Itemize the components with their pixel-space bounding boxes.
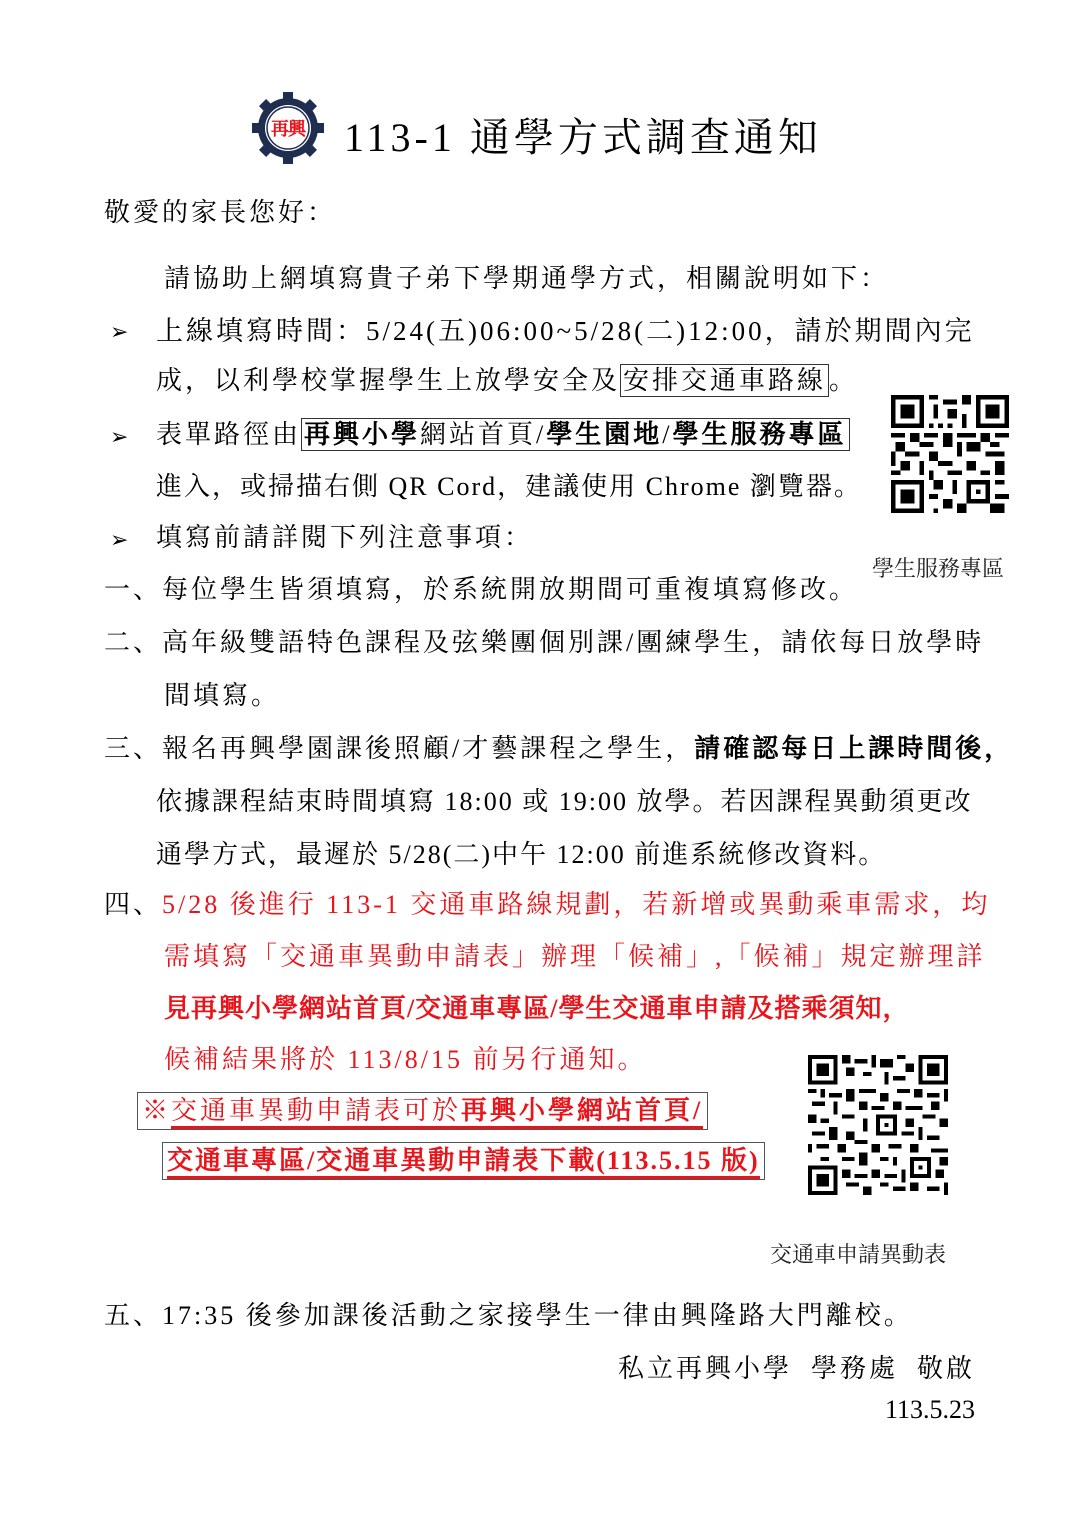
bus-change-form-qr-code[interactable] [808, 1055, 948, 1195]
note-3-cont-2: 通學方式，最遲於 5/28(二)中午 12:00 前進系統修改資料。 [156, 842, 886, 868]
qr-code-icon [808, 1055, 948, 1195]
bus-form-download-notice[interactable]: ※交通車異動申請表可於再興小學網站首頁/ [137, 1092, 708, 1130]
bullet-notes-intro: 填寫前請詳閱下列注意事項： [156, 525, 533, 551]
bus-change-form-qr-label: 交通車申請異動表 [770, 1238, 946, 1269]
note-4-cont-2: 見再興小學網站首頁/交通車專區/學生交通車申請及搭乘須知， [164, 996, 909, 1022]
note-4-cont-1: 需填寫「交通車異動申請表」辦理「候補」,「候補」規定辦理詳 [164, 944, 986, 970]
bus-form-download-link[interactable]: 交通車專區/交通車異動申請表下載(113.5.15 版) [162, 1142, 765, 1180]
note-3-text: 三、報名再興學園課後照顧/才藝課程之學生， [104, 734, 694, 763]
student-service-qr-code[interactable] [890, 395, 1010, 513]
notice-link-home[interactable]: 再興小學網站首頁/ [461, 1096, 703, 1129]
path-home: 網站首頁/ [420, 420, 546, 449]
note-4-prefix: 四、 [104, 890, 162, 919]
reference-mark-icon: ※ [142, 1096, 171, 1125]
qr-code-icon [890, 395, 1010, 513]
form-path-prefix: 表單路徑由 [156, 420, 301, 449]
student-service-qr-label: 學生服務專區 [872, 552, 1004, 583]
arrowhead-bullet-icon: ➢ [110, 528, 128, 553]
path-student-service: 學生服務專區 [673, 420, 847, 449]
greeting: 敬愛的家長您好： [104, 200, 336, 226]
bullet-form-path-cont: 進入，或掃描右側 QR Cord，建議使用 Chrome 瀏覽器。 [156, 474, 862, 500]
note-3: 三、報名再興學園課後照顧/才藝課程之學生，請確認每日上課時間後， [104, 736, 1013, 762]
intro-text: 請協助上網填寫貴子弟下學期通學方式，相關說明如下： [164, 266, 889, 292]
note-3-bold: 請確認每日上課時間後， [694, 734, 1013, 763]
signature-date: 113.5.23 [885, 1397, 975, 1423]
arrowhead-bullet-icon: ➢ [110, 425, 128, 450]
note-2: 二、高年級雙語特色課程及弦樂團個別課/團練學生，請依每日放學時 [104, 630, 984, 656]
path-school: 再興小學 [304, 420, 420, 449]
arrowhead-bullet-icon: ➢ [110, 320, 128, 345]
page-title: 113-1 通學方式調查通知 [344, 106, 822, 163]
boxed-bus-route-text: 安排交通車路線 [620, 364, 829, 397]
note-3-cont-1: 依據課程結束時間填寫 18:00 或 19:00 放學。若因課程異動須更改 [156, 789, 972, 815]
form-path-box: 再興小學網站首頁/學生園地/學生服務專區 [301, 418, 850, 451]
bullet-text-end: 。 [829, 366, 858, 395]
signature-org: 私立再興小學 學務處 敬啟 [618, 1356, 975, 1382]
notice-link-download[interactable]: 交通車專區/交通車異動申請表下載(113.5.15 版) [167, 1146, 760, 1179]
note-4-text: 5/28 後進行 113-1 交通車路線規劃，若新增或異動乘車需求，均 [162, 890, 990, 919]
note-5: 五、17:35 後參加課後活動之家接學生一律由興隆路大門離校。 [104, 1303, 913, 1329]
path-student-garden: 學生園地 [546, 420, 662, 449]
note-4-cont-3: 候補結果將於 113/8/15 前另行通知。 [164, 1047, 646, 1073]
notice-text: 交通車異動申請表可於 [171, 1096, 461, 1129]
bullet-form-path: 表單路徑由再興小學網站首頁/學生園地/學生服務專區 [156, 422, 850, 448]
note-1: 一、每位學生皆須填寫，於系統開放期間可重複填寫修改。 [104, 577, 858, 603]
logo-text: 再興 [250, 115, 326, 141]
note-4: 四、5/28 後進行 113-1 交通車路線規劃，若新增或異動乘車需求，均 [104, 892, 990, 918]
bullet-online-time-cont: 成，以利學校掌握學生上放學安全及安排交通車路線。 [156, 368, 858, 394]
bullet-online-time: 上線填寫時間：5/24(五)06:00~5/28(二)12:00，請於期間內完 [156, 318, 975, 345]
path-sep: / [662, 420, 672, 449]
note-2-cont: 間填寫。 [164, 683, 280, 709]
school-logo: 再興 [250, 90, 326, 166]
bullet-text: 成，以利學校掌握學生上放學安全及 [156, 366, 620, 395]
